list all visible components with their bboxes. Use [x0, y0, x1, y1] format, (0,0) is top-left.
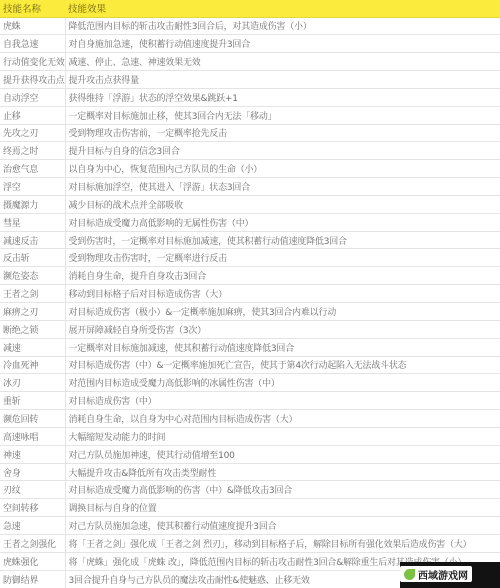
- skill-effect-cell: 提升攻击点获得量: [65, 71, 500, 89]
- skill-effect-cell: 减少目标的战术点并全部吸收: [65, 195, 500, 213]
- skill-name-cell: 舍身: [0, 463, 65, 481]
- skill-name-cell: 止移: [0, 106, 65, 124]
- skill-effect-cell: 对自身施加急速，使积蓄行动值速度提升3回合: [65, 35, 500, 53]
- skill-name-cell: 急速: [0, 517, 65, 535]
- table-row: 摄魔源力减少目标的战术点并全部吸收: [0, 195, 500, 213]
- leaf-logo-icon: [404, 569, 415, 580]
- skill-effect-cell: 以自身为中心，恢复范围内己方队员的生命（小）: [65, 160, 500, 178]
- table-row: 行动值变化无效减速、停止、急速、神速效果无效: [0, 53, 500, 71]
- skill-effect-cell: 移动到目标格子后对目标造成伤害（大）: [65, 285, 500, 303]
- skill-effect-cell: 降低范围内目标的斩击攻击耐性3回合后，对其造成伤害（小）: [65, 17, 500, 35]
- skill-effect-cell: 展开屏障减轻自身所受伤害（3次）: [65, 320, 500, 338]
- skill-effect-cell: 对目标造成伤害（中）: [65, 392, 500, 410]
- skill-name-cell: 摄魔源力: [0, 195, 65, 213]
- skill-name-cell: 刃纹: [0, 481, 65, 499]
- skill-effect-cell: 调换目标与自身的位置: [65, 499, 500, 517]
- skill-effect-cell: 对己方队员施加神速，使其行动值增至100: [65, 445, 500, 463]
- skill-effect-cell: 受到伤害时，一定概率对目标施加减速，使其积蓄行动值速度降低3回合: [65, 231, 500, 249]
- table-row: 濒危姿态消耗自身生命，提升自身攻击3回合: [0, 267, 500, 285]
- skill-name-cell: 彗星: [0, 213, 65, 231]
- table-row: 濒危回转消耗自身生命，以自身为中心对范围内目标造成伤害（大）: [0, 410, 500, 428]
- table-row: 王者之剑移动到目标格子后对目标造成伤害（大）: [0, 285, 500, 303]
- skill-effect-cell: 获得维持「浮游」状态的浮空效果&跳跃+1: [65, 88, 500, 106]
- skill-name-cell: 冰刃: [0, 374, 65, 392]
- table-row: 王者之剑强化将「王者之剑」强化成「王者之剑 烈刃」，移动到目标格子后，解除目标所…: [0, 534, 500, 552]
- table-header-row: 技能名称 技能效果: [0, 0, 500, 17]
- table-row: 冰刃对范围内目标造成受魔力高低影响的冰属性伤害（中）: [0, 374, 500, 392]
- table-row: 反击斩受到物理攻击伤害时，一定概率进行反击: [0, 249, 500, 267]
- skill-effect-cell: 消耗自身生命，以自身为中心对范围内目标造成伤害（大）: [65, 410, 500, 428]
- table-row: 麻痹之刃对目标造成伤害（极小）&一定概率施加麻痹，使其3回合内难以行动: [0, 303, 500, 321]
- skill-name-cell: 重斩: [0, 392, 65, 410]
- skill-name-cell: 虎蛛: [0, 17, 65, 35]
- table-body: 虎蛛降低范围内目标的斩击攻击耐性3回合后，对其造成伤害（小）自我急速对自身施加急…: [0, 17, 500, 588]
- skill-name-cell: 减速: [0, 338, 65, 356]
- skill-effect-cell: 对目标造成伤害（中）&一定概率施加死亡宣告，使其于第4次行动起陷入无法战斗状态: [65, 356, 500, 374]
- skill-name-cell: 反击斩: [0, 249, 65, 267]
- skill-name-cell: 神速: [0, 445, 65, 463]
- table-row: 刃纹对目标造成受魔力高低影响的伤害（中）&降低攻击3回合: [0, 481, 500, 499]
- skill-name-cell: 行动值变化无效: [0, 53, 65, 71]
- skill-name-cell: 冷血死神: [0, 356, 65, 374]
- skill-effect-cell: 减速、停止、急速、神速效果无效: [65, 53, 500, 71]
- column-header-skill-name: 技能名称: [0, 0, 65, 17]
- skill-name-cell: 防御结界: [0, 570, 65, 588]
- table-row: 舍身大幅提升攻击&降低所有攻击类型耐性: [0, 463, 500, 481]
- table-row: 自动浮空获得维持「浮游」状态的浮空效果&跳跃+1: [0, 88, 500, 106]
- skill-name-cell: 虎蛛强化: [0, 552, 65, 570]
- table-row: 急速对己方队员施加急速，使其积蓄行动值速度提升3回合: [0, 517, 500, 535]
- skill-effect-cell: 对己方队员施加急速，使其积蓄行动值速度提升3回合: [65, 517, 500, 535]
- watermark-text: 西域游戏网: [418, 567, 468, 582]
- skill-effect-cell: 消耗自身生命，提升自身攻击3回合: [65, 267, 500, 285]
- skill-effect-cell: 大幅提升攻击&降低所有攻击类型耐性: [65, 463, 500, 481]
- table-row: 虎蛛降低范围内目标的斩击攻击耐性3回合后，对其造成伤害（小）: [0, 17, 500, 35]
- table-row: 神速对己方队员施加神速，使其行动值增至100: [0, 445, 500, 463]
- table-row: 减速反击受到伤害时，一定概率对目标施加减速，使其积蓄行动值速度降低3回合: [0, 231, 500, 249]
- table-row: 提升获得攻击点提升攻击点获得量: [0, 71, 500, 89]
- table-row: 重斩对目标造成伤害（中）: [0, 392, 500, 410]
- table-row: 终焉之时提升目标与自身的信念3回合: [0, 142, 500, 160]
- skill-effect-cell: 将「王者之剑」强化成「王者之剑 烈刃」，移动到目标格子后，解除目标所有强化效果后…: [65, 534, 500, 552]
- table-row: 空间转移调换目标与自身的位置: [0, 499, 500, 517]
- table-row: 止移一定概率对目标施加止移，使其3回合内无法「移动」: [0, 106, 500, 124]
- skill-effect-cell: 受到物理攻击伤害前，一定概率抢先反击: [65, 124, 500, 142]
- skill-effect-cell: 大幅缩短发动能力的时间: [65, 427, 500, 445]
- skill-name-cell: 麻痹之刃: [0, 303, 65, 321]
- skill-effect-cell: 对目标造成受魔力高低影响的无属性伤害（中）: [65, 213, 500, 231]
- skill-name-cell: 终焉之时: [0, 142, 65, 160]
- skill-effect-cell: 提升目标与自身的信念3回合: [65, 142, 500, 160]
- skill-name-cell: 先攻之刃: [0, 124, 65, 142]
- skill-effect-cell: 对范围内目标造成受魔力高低影响的冰属性伤害（中）: [65, 374, 500, 392]
- table-row: 减速一定概率对目标施加减速，使其积蓄行动值速度降低3回合: [0, 338, 500, 356]
- skill-name-cell: 减速反击: [0, 231, 65, 249]
- table-row: 浮空对目标施加浮空，使其进入「浮游」状态3回合: [0, 178, 500, 196]
- skill-name-cell: 王者之剑强化: [0, 534, 65, 552]
- table-row: 治愈气息以自身为中心，恢复范围内己方队员的生命（小）: [0, 160, 500, 178]
- watermark-badge: 西域游戏网: [400, 566, 472, 582]
- table-row: 先攻之刃受到物理攻击伤害前，一定概率抢先反击: [0, 124, 500, 142]
- skill-name-cell: 空间转移: [0, 499, 65, 517]
- skill-name-cell: 王者之剑: [0, 285, 65, 303]
- table-row: 高速咏唱大幅缩短发动能力的时间: [0, 427, 500, 445]
- table-row: 冷血死神对目标造成伤害（中）&一定概率施加死亡宣告，使其于第4次行动起陷入无法战…: [0, 356, 500, 374]
- skill-effect-cell: 一定概率对目标施加止移，使其3回合内无法「移动」: [65, 106, 500, 124]
- skill-effect-cell: 受到物理攻击伤害时，一定概率进行反击: [65, 249, 500, 267]
- skill-name-cell: 高速咏唱: [0, 427, 65, 445]
- skill-effect-cell: 对目标造成伤害（极小）&一定概率施加麻痹，使其3回合内难以行动: [65, 303, 500, 321]
- skill-name-cell: 濒危姿态: [0, 267, 65, 285]
- skill-effect-cell: 对目标施加浮空，使其进入「浮游」状态3回合: [65, 178, 500, 196]
- skill-name-cell: 断绝之锁: [0, 320, 65, 338]
- table-row: 自我急速对自身施加急速，使积蓄行动值速度提升3回合: [0, 35, 500, 53]
- skill-effect-cell: 对目标造成受魔力高低影响的伤害（中）&降低攻击3回合: [65, 481, 500, 499]
- skill-name-cell: 自我急速: [0, 35, 65, 53]
- skill-name-cell: 浮空: [0, 178, 65, 196]
- skill-name-cell: 自动浮空: [0, 88, 65, 106]
- skill-name-cell: 提升获得攻击点: [0, 71, 65, 89]
- table-row: 断绝之锁展开屏障减轻自身所受伤害（3次）: [0, 320, 500, 338]
- table-row: 彗星对目标造成受魔力高低影响的无属性伤害（中）: [0, 213, 500, 231]
- skill-name-cell: 治愈气息: [0, 160, 65, 178]
- skill-effect-cell: 一定概率对目标施加减速，使其积蓄行动值速度降低3回合: [65, 338, 500, 356]
- column-header-skill-effect: 技能效果: [65, 0, 500, 17]
- skill-name-cell: 濒危回转: [0, 410, 65, 428]
- skill-table: 技能名称 技能效果 虎蛛降低范围内目标的斩击攻击耐性3回合后，对其造成伤害（小）…: [0, 0, 500, 588]
